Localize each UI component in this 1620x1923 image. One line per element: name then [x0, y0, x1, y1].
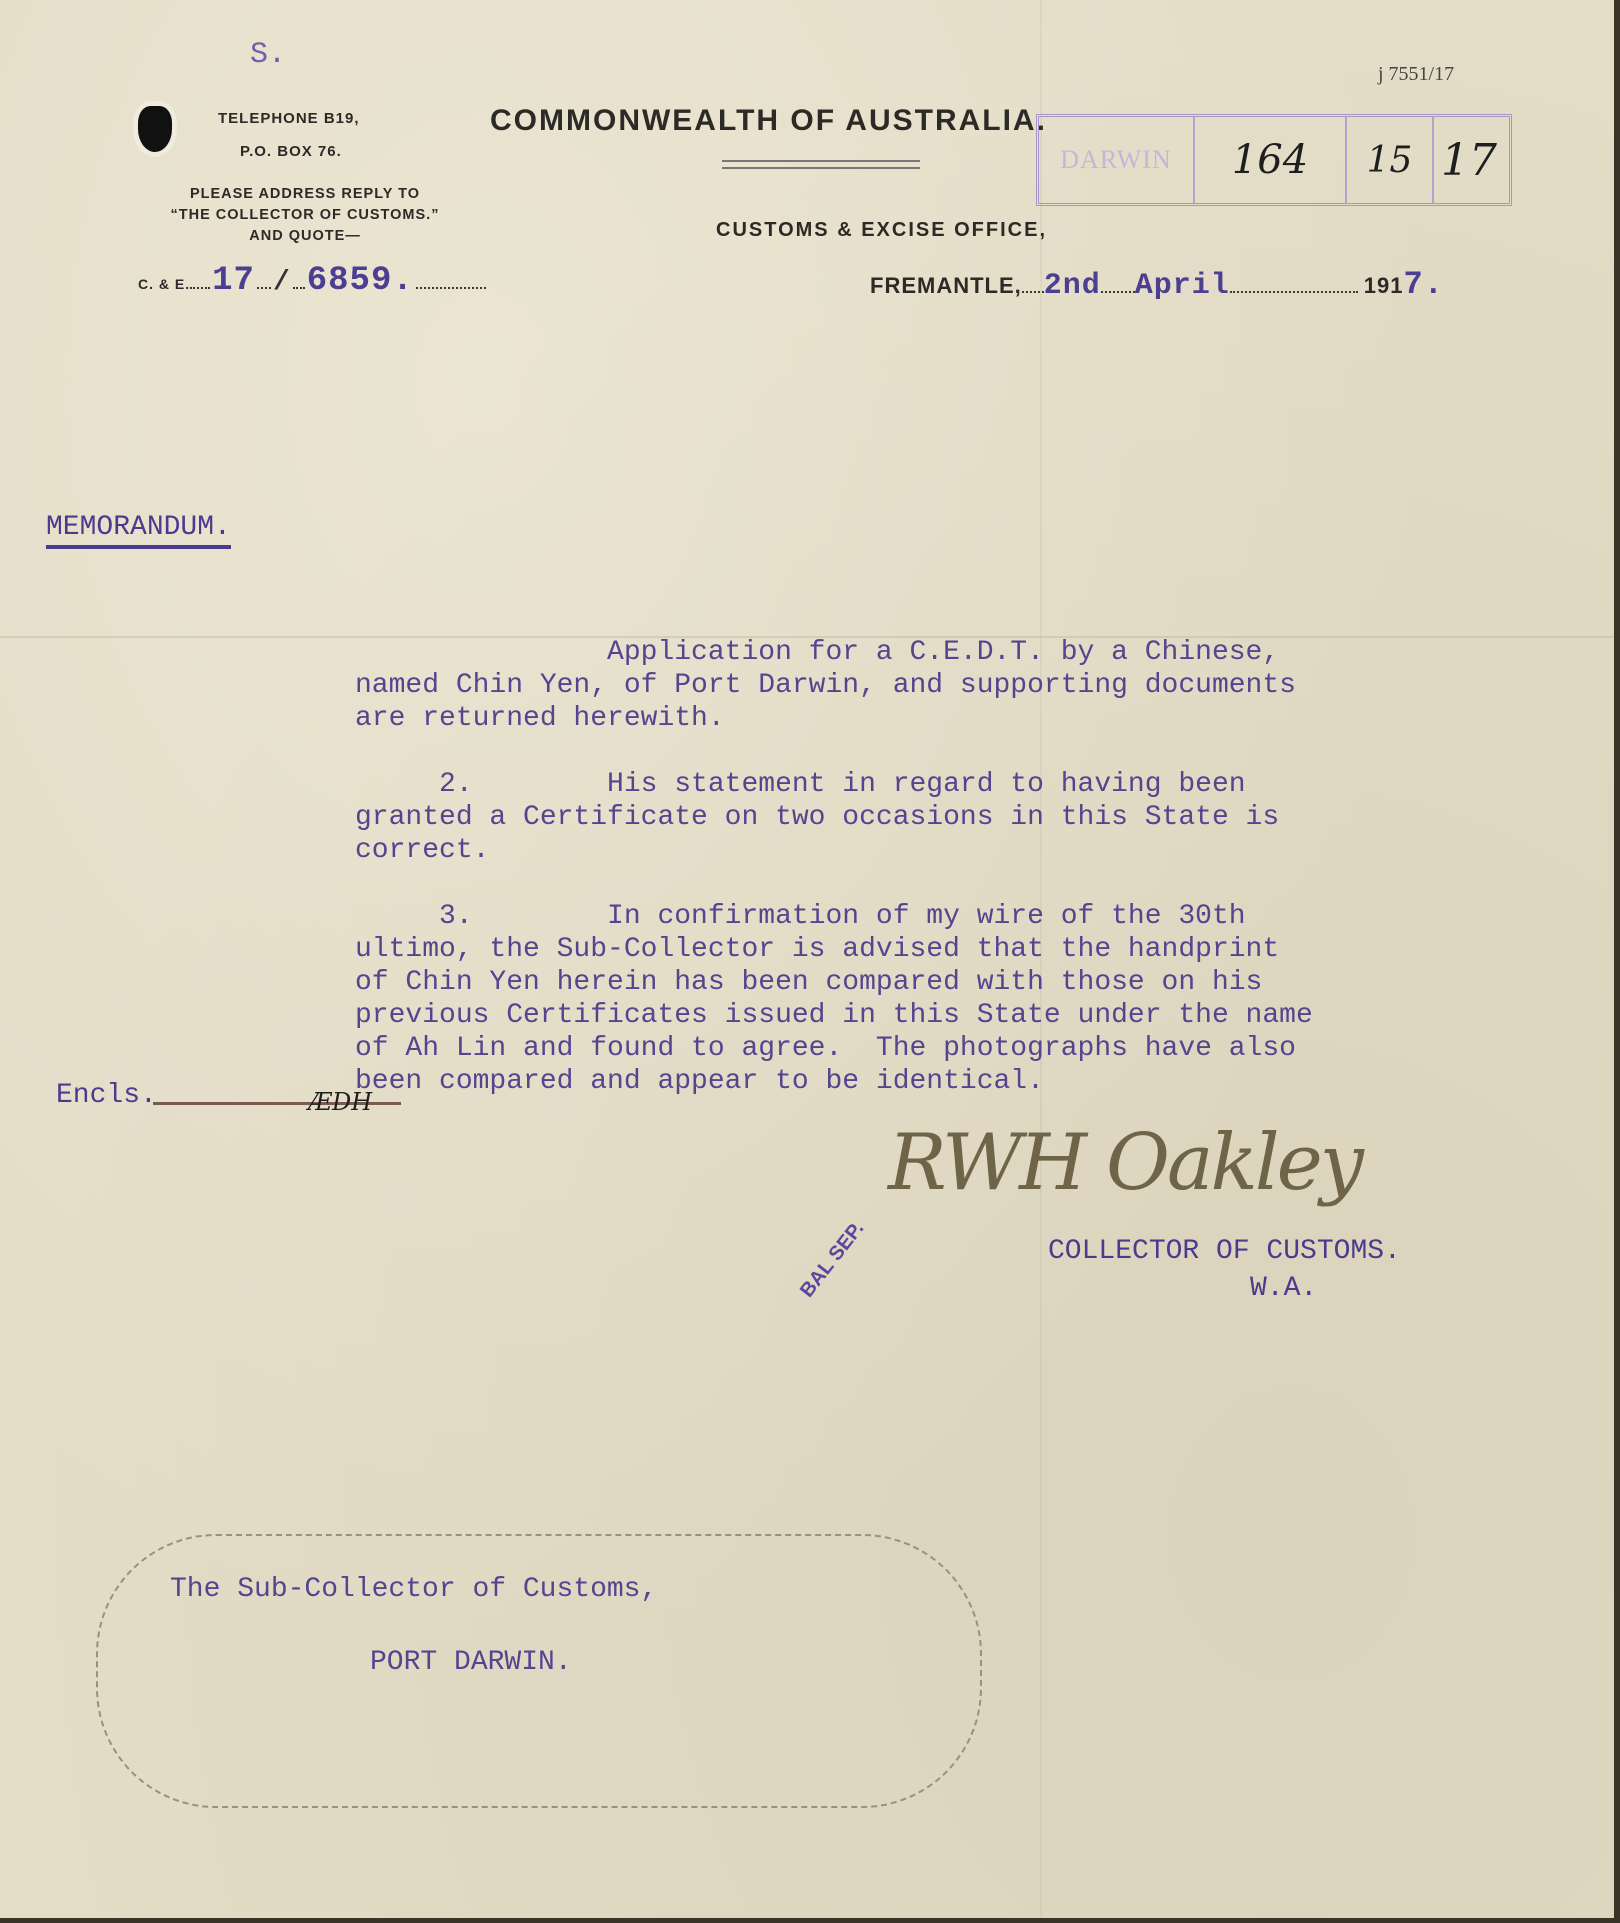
dotted-line	[257, 283, 271, 289]
title-rule	[722, 160, 920, 169]
bal-sep-stamp: BAL SEP.	[796, 1218, 869, 1303]
signature: RWH Oakley	[888, 1118, 1361, 1208]
year-suffix: 7.	[1404, 266, 1444, 303]
addressee-line-1: The Sub-Collector of Customs,	[170, 1574, 657, 1605]
signatory-state: W.A.	[1250, 1273, 1317, 1304]
dotted-line	[1230, 287, 1358, 293]
punch-hole-icon	[138, 106, 172, 152]
dotted-line	[190, 283, 210, 289]
telephone: TELEPHONE B19,	[218, 110, 360, 127]
dotted-line	[416, 283, 486, 289]
paragraph-1: Application for a C.E.D.T. by a Chinese,…	[355, 636, 1296, 735]
address-line: AND QUOTE—	[120, 226, 490, 247]
paragraph-2: 2. His statement in regard to having bee…	[355, 768, 1279, 867]
dotted-line	[1101, 287, 1135, 293]
dotted-line	[293, 283, 305, 289]
top-mark: S.	[250, 38, 286, 72]
ce-separator: /	[273, 267, 291, 298]
letterhead-title: COMMONWEALTH OF AUSTRALIA.	[490, 104, 1047, 138]
document-page: S. j 7551/17 TELEPHONE B19, P.O. BOX 76.…	[0, 0, 1614, 1918]
enclosures-label: Encls.	[56, 1080, 157, 1111]
ce-number-part2: 6859.	[307, 262, 414, 300]
stamp-office: DARWIN	[1039, 117, 1195, 203]
stamp-number: 164	[1195, 117, 1347, 203]
address-instructions: PLEASE ADDRESS REPLY TO “THE COLLECTOR O…	[120, 184, 490, 247]
date-day: 2nd	[1044, 269, 1101, 303]
address-line: PLEASE ADDRESS REPLY TO	[120, 184, 490, 205]
date-month: April	[1135, 269, 1230, 303]
year-prefix: 191	[1364, 273, 1404, 299]
po-box: P.O. BOX 76.	[240, 143, 342, 160]
stamp-year: 17	[1434, 117, 1504, 203]
stamp-day: 15	[1347, 117, 1434, 203]
office-name: CUSTOMS & EXCISE OFFICE,	[716, 219, 1047, 242]
addressee-line-2: PORT DARWIN.	[370, 1647, 572, 1678]
address-line: “THE COLLECTOR OF CUSTOMS.”	[120, 205, 490, 226]
memo-heading: MEMORANDUM.	[46, 512, 231, 549]
dotted-line	[1022, 287, 1044, 293]
ce-reference: C. & E. 17 / 6859.	[138, 262, 486, 300]
dateline: FREMANTLE, 2nd April 191 7.	[870, 266, 1444, 303]
paragraph-3: 3. In confirmation of my wire of the 30t…	[355, 900, 1313, 1098]
reference-number: j 7551/17	[1378, 63, 1454, 86]
ce-number-part1: 17	[212, 262, 255, 300]
enclosures-initials: ÆDH	[308, 1088, 372, 1116]
ce-label: C. & E.	[138, 276, 190, 292]
signatory-title: COLLECTOR OF CUSTOMS.	[1048, 1236, 1401, 1267]
received-stamp: DARWIN 164 15 17	[1036, 114, 1512, 206]
place: FREMANTLE,	[870, 273, 1022, 299]
